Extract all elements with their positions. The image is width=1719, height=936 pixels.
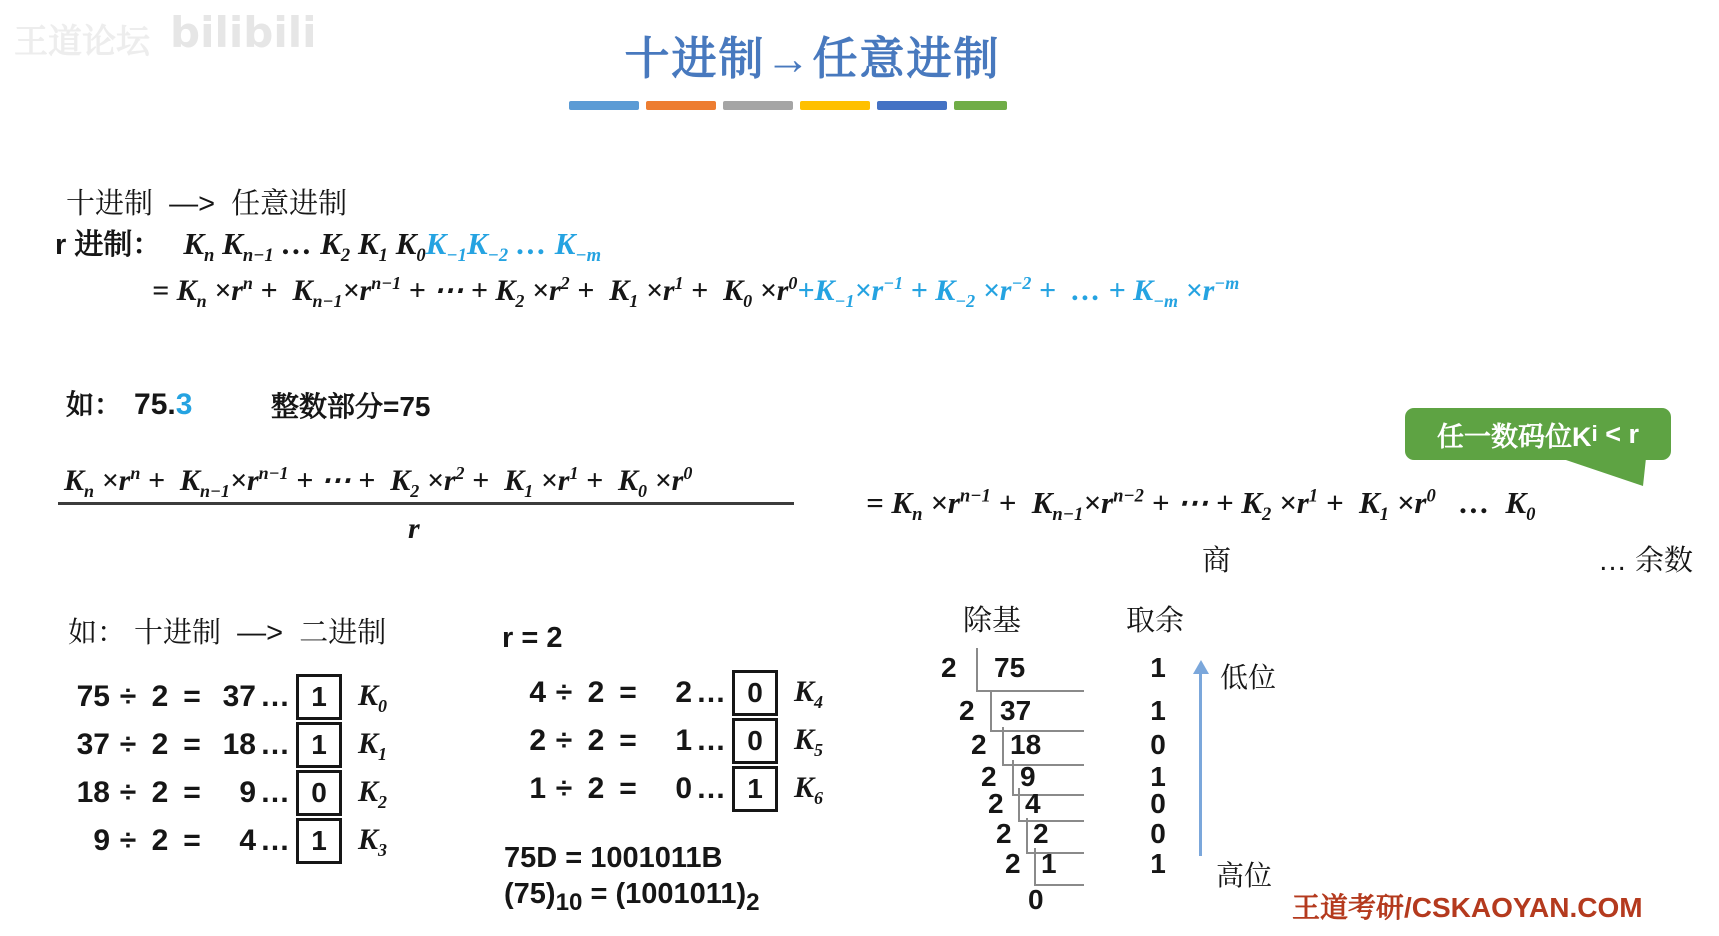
ladder-dividend: 2 [1033,820,1049,848]
ladder-remainder: 1 [1138,763,1178,791]
ladder-remainder: 0 [1138,731,1178,759]
k-label: K3 [358,821,387,862]
example-integer-digits: 75. [134,388,176,422]
intro-line: 十进制 —> 任意进制 [66,181,347,222]
example-fraction-digit: 3 [176,388,193,422]
remainder-box: 1 [296,818,342,864]
footer-brand: 王道考研/CSKAOYAN.COM [1292,886,1643,926]
remainder-box: 1 [732,766,778,812]
low-bit-label: 低位 [1220,656,1276,696]
divisor: 2 [582,676,610,710]
quotient: 1 [646,724,692,758]
quotient: 4 [210,824,256,858]
ellipsis: … [692,724,730,758]
ladder-remainder: 1 [1138,850,1178,878]
ladder-remainder-header: 取余 [1126,598,1184,639]
ladder-divisor: 2 [1005,850,1021,878]
ladder-dividend: 4 [1025,790,1041,818]
ladder-remainder: 0 [1138,790,1178,818]
ellipsis: … [692,772,730,806]
divisor: 2 [146,776,174,810]
digit-sequence-black: Kn Kn−1 … K2 K1 K0 [183,225,425,267]
ladder-divisor: 2 [996,820,1012,848]
divide-sign: ÷ [546,676,582,710]
division-result: = Kn ×rn−1 + Kn−1×rn−2 + ⋯ + K2 ×r1 + K1… [866,484,1535,526]
accent-bar [954,101,1007,110]
ellipsis: … [256,776,294,810]
ladder-divisor: 2 [941,654,957,682]
divisor: 2 [146,824,174,858]
radix-label: r 进制： [55,222,161,263]
high-bit-label: 高位 [1216,854,1272,894]
quotient: 0 [646,772,692,806]
ladder-remainder: 0 [1138,820,1178,848]
radix-line: r 进制： Kn Kn−1 … K2 K1 K0 K−1K−2 … K−m [55,222,601,267]
dividend: 4 [496,676,546,710]
divisor: 2 [582,772,610,806]
accent-bar [723,101,793,110]
equals-sign: = [610,676,646,710]
fraction-numerator: Kn ×rn + Kn−1×rn−1 + ⋯ + K2 ×r2 + K1 ×r1… [64,462,692,503]
ladder-divisor: 2 [988,790,1004,818]
divide-sign: ÷ [110,824,146,858]
divide-sign: ÷ [110,680,146,714]
ladder-dividend: 37 [1000,697,1031,725]
binary-example-header: 如： 十进制 —> 二进制 [68,610,386,651]
ladder-remainder: 1 [1138,697,1178,725]
ellipsis: … [256,824,294,858]
digit-sequence-blue: K−1K−2 … K−m [426,225,601,267]
quotient: 37 [210,680,256,714]
ladder-dividend: 75 [994,654,1025,682]
divisor: 2 [582,724,610,758]
example-line: 如： 75. 3 [66,383,192,423]
equals-sign: = [174,728,210,762]
equals-sign: = [174,680,210,714]
ladder-divisor: 2 [971,731,987,759]
integer-part-label: 整数部分=75 [271,385,431,425]
expansion-black: = Kn ×rn + Kn−1×rn−1 + ⋯ + K2 ×r2 + K1 ×… [152,272,797,313]
equals-sign: = [174,776,210,810]
equals-sign: = [610,772,646,806]
dividend: 2 [496,724,546,758]
k-label: K1 [358,725,387,766]
division-step: 18 ÷ 2 = 9 … 0 K2 [60,770,387,816]
callout-bubble: 任一数码位Ki < r [1405,408,1671,460]
fraction-denominator: r [408,510,420,548]
result-line-2: (75)10 = (1001011)2 [504,878,760,917]
remainder-box: 1 [296,674,342,720]
division-step: 9 ÷ 2 = 4 … 1 K3 [60,818,387,864]
ladder-dividend: 18 [1010,731,1041,759]
k-label: K2 [358,773,387,814]
ladder-remainder: 1 [1138,654,1178,682]
dividend: 75 [60,680,110,714]
division-step: 1 ÷ 2 = 0 … 1 K6 [496,766,823,812]
remainder-box: 1 [296,722,342,768]
divide-sign: ÷ [110,776,146,810]
fraction-bar [58,502,794,505]
division-step: 4 ÷ 2 = 2 … 0 K4 [496,670,823,716]
page-title: 十进制→任意进制 [0,22,1625,87]
r-value-label: r = 2 [502,622,562,655]
divisor: 2 [146,680,174,714]
example-prefix: 如： [66,383,122,423]
division-step: 75 ÷ 2 = 37 … 1 K0 [60,674,387,720]
quotient: 18 [210,728,256,762]
k-label: K5 [794,721,823,762]
dividend: 9 [60,824,110,858]
ladder-divisor: 2 [981,763,997,791]
dividend: 37 [60,728,110,762]
dividend: 1 [496,772,546,806]
divide-sign: ÷ [546,772,582,806]
accent-bar [569,101,639,110]
remainder-box: 0 [732,670,778,716]
direction-arrow [1199,673,1202,856]
accent-bar [800,101,870,110]
equals-sign: = [610,724,646,758]
result-line-1: 75D = 1001011B [504,842,723,875]
ladder-final-quotient: 0 [1028,886,1044,914]
dividend: 18 [60,776,110,810]
k-label: K0 [358,677,387,718]
equals-sign: = [174,824,210,858]
division-step: 37 ÷ 2 = 18 … 1 K1 [60,722,387,768]
ladder-divisor: 2 [959,697,975,725]
ellipsis: … [256,728,294,762]
ellipsis: … [692,676,730,710]
quotient-label: 商 [1202,538,1231,579]
accent-bar [877,101,947,110]
slide-page: 王道论坛 bilibili 十进制→任意进制 十进制 —> 任意进制 r 进制：… [0,0,1719,936]
callout-tail [1556,458,1648,487]
quotient: 2 [646,676,692,710]
divisor: 2 [146,728,174,762]
ladder-divide-header: 除基 [963,598,1021,639]
remainder-box: 0 [732,718,778,764]
quotient: 9 [210,776,256,810]
arrow-up-icon [1193,660,1209,674]
expansion-blue: +K−1×r−1 + K−2 ×r−2 + … + K−m ×r−m [797,272,1239,313]
division-step: 2 ÷ 2 = 1 … 0 K5 [496,718,823,764]
ladder-dividend: 9 [1020,763,1036,791]
k-label: K6 [794,769,823,810]
ladder-bracket [976,648,1084,692]
divide-sign: ÷ [110,728,146,762]
remainder-box: 0 [296,770,342,816]
expansion-line: = Kn ×rn + Kn−1×rn−1 + ⋯ + K2 ×r2 + K1 ×… [152,272,1239,313]
ladder-dividend: 1 [1041,850,1057,878]
remainder-label: … 余数 [1598,538,1693,579]
divide-sign: ÷ [546,724,582,758]
ellipsis: … [256,680,294,714]
accent-bar [646,101,716,110]
k-label: K4 [794,673,823,714]
